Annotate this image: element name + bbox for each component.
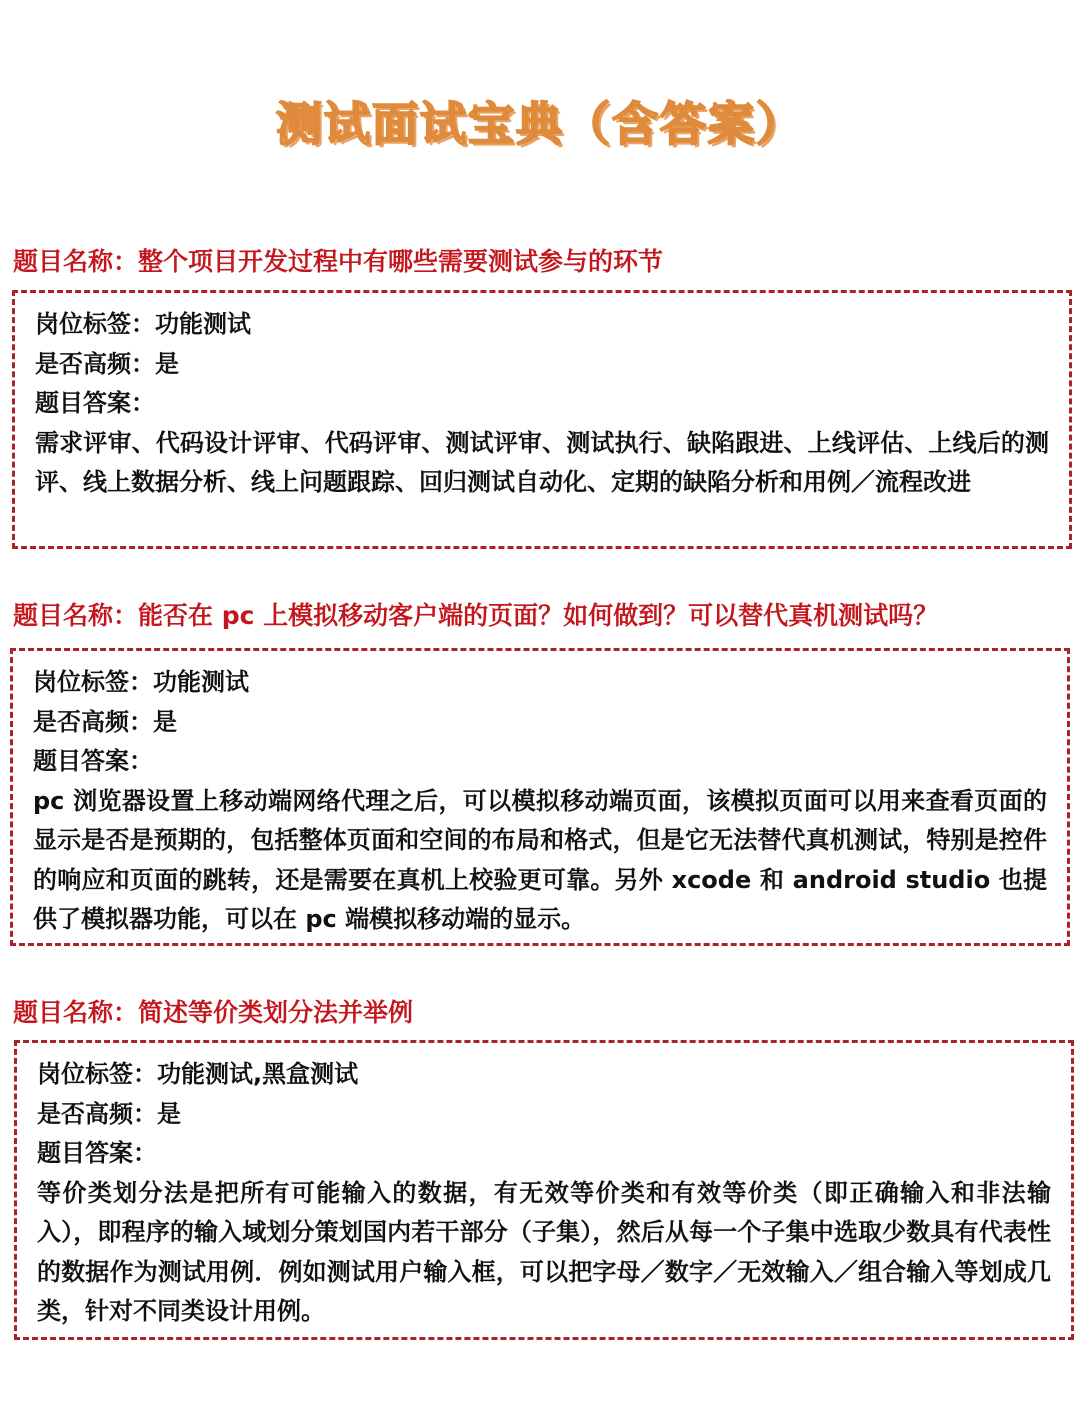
answer-label: 题目答案： (37, 1134, 1051, 1174)
answer-text: 等价类划分法是把所有可能输入的数据，有无效等价类和有效等价类（即正确输入和非法输… (37, 1174, 1051, 1332)
question-title: 题目名称：简述等价类划分法并举例 (13, 993, 413, 1029)
answer-text: pc 浏览器设置上移动端网络代理之后，可以模拟移动端页面，该模拟页面可以用来查看… (33, 782, 1047, 940)
answer-label: 题目答案： (33, 742, 1047, 782)
job-tag: 岗位标签：功能测试 (33, 663, 1047, 703)
high-frequency: 是否高频：是 (33, 703, 1047, 743)
question-card: 岗位标签：功能测试 是否高频：是 题目答案： pc 浏览器设置上移动端网络代理之… (10, 648, 1070, 946)
job-tag: 岗位标签：功能测试 (35, 305, 1049, 345)
job-tag: 岗位标签：功能测试,黑盒测试 (37, 1055, 1051, 1095)
question-title: 题目名称：能否在 pc 上模拟移动客户端的页面？如何做到？可以替代真机测试吗？ (13, 596, 938, 632)
answer-label: 题目答案： (35, 384, 1049, 424)
high-frequency: 是否高频：是 (37, 1095, 1051, 1135)
high-frequency: 是否高频：是 (35, 345, 1049, 385)
question-card: 岗位标签：功能测试,黑盒测试 是否高频：是 题目答案： 等价类划分法是把所有可能… (14, 1040, 1074, 1340)
question-title: 题目名称：整个项目开发过程中有哪些需要测试参与的环节 (13, 242, 663, 278)
answer-text: 需求评审、代码设计评审、代码评审、测试评审、测试执行、缺陷跟进、上线评估、上线后… (35, 424, 1049, 503)
page-title: 测试面试宝典（含答案） (0, 88, 1080, 154)
question-card: 岗位标签：功能测试 是否高频：是 题目答案： 需求评审、代码设计评审、代码评审、… (12, 290, 1072, 549)
